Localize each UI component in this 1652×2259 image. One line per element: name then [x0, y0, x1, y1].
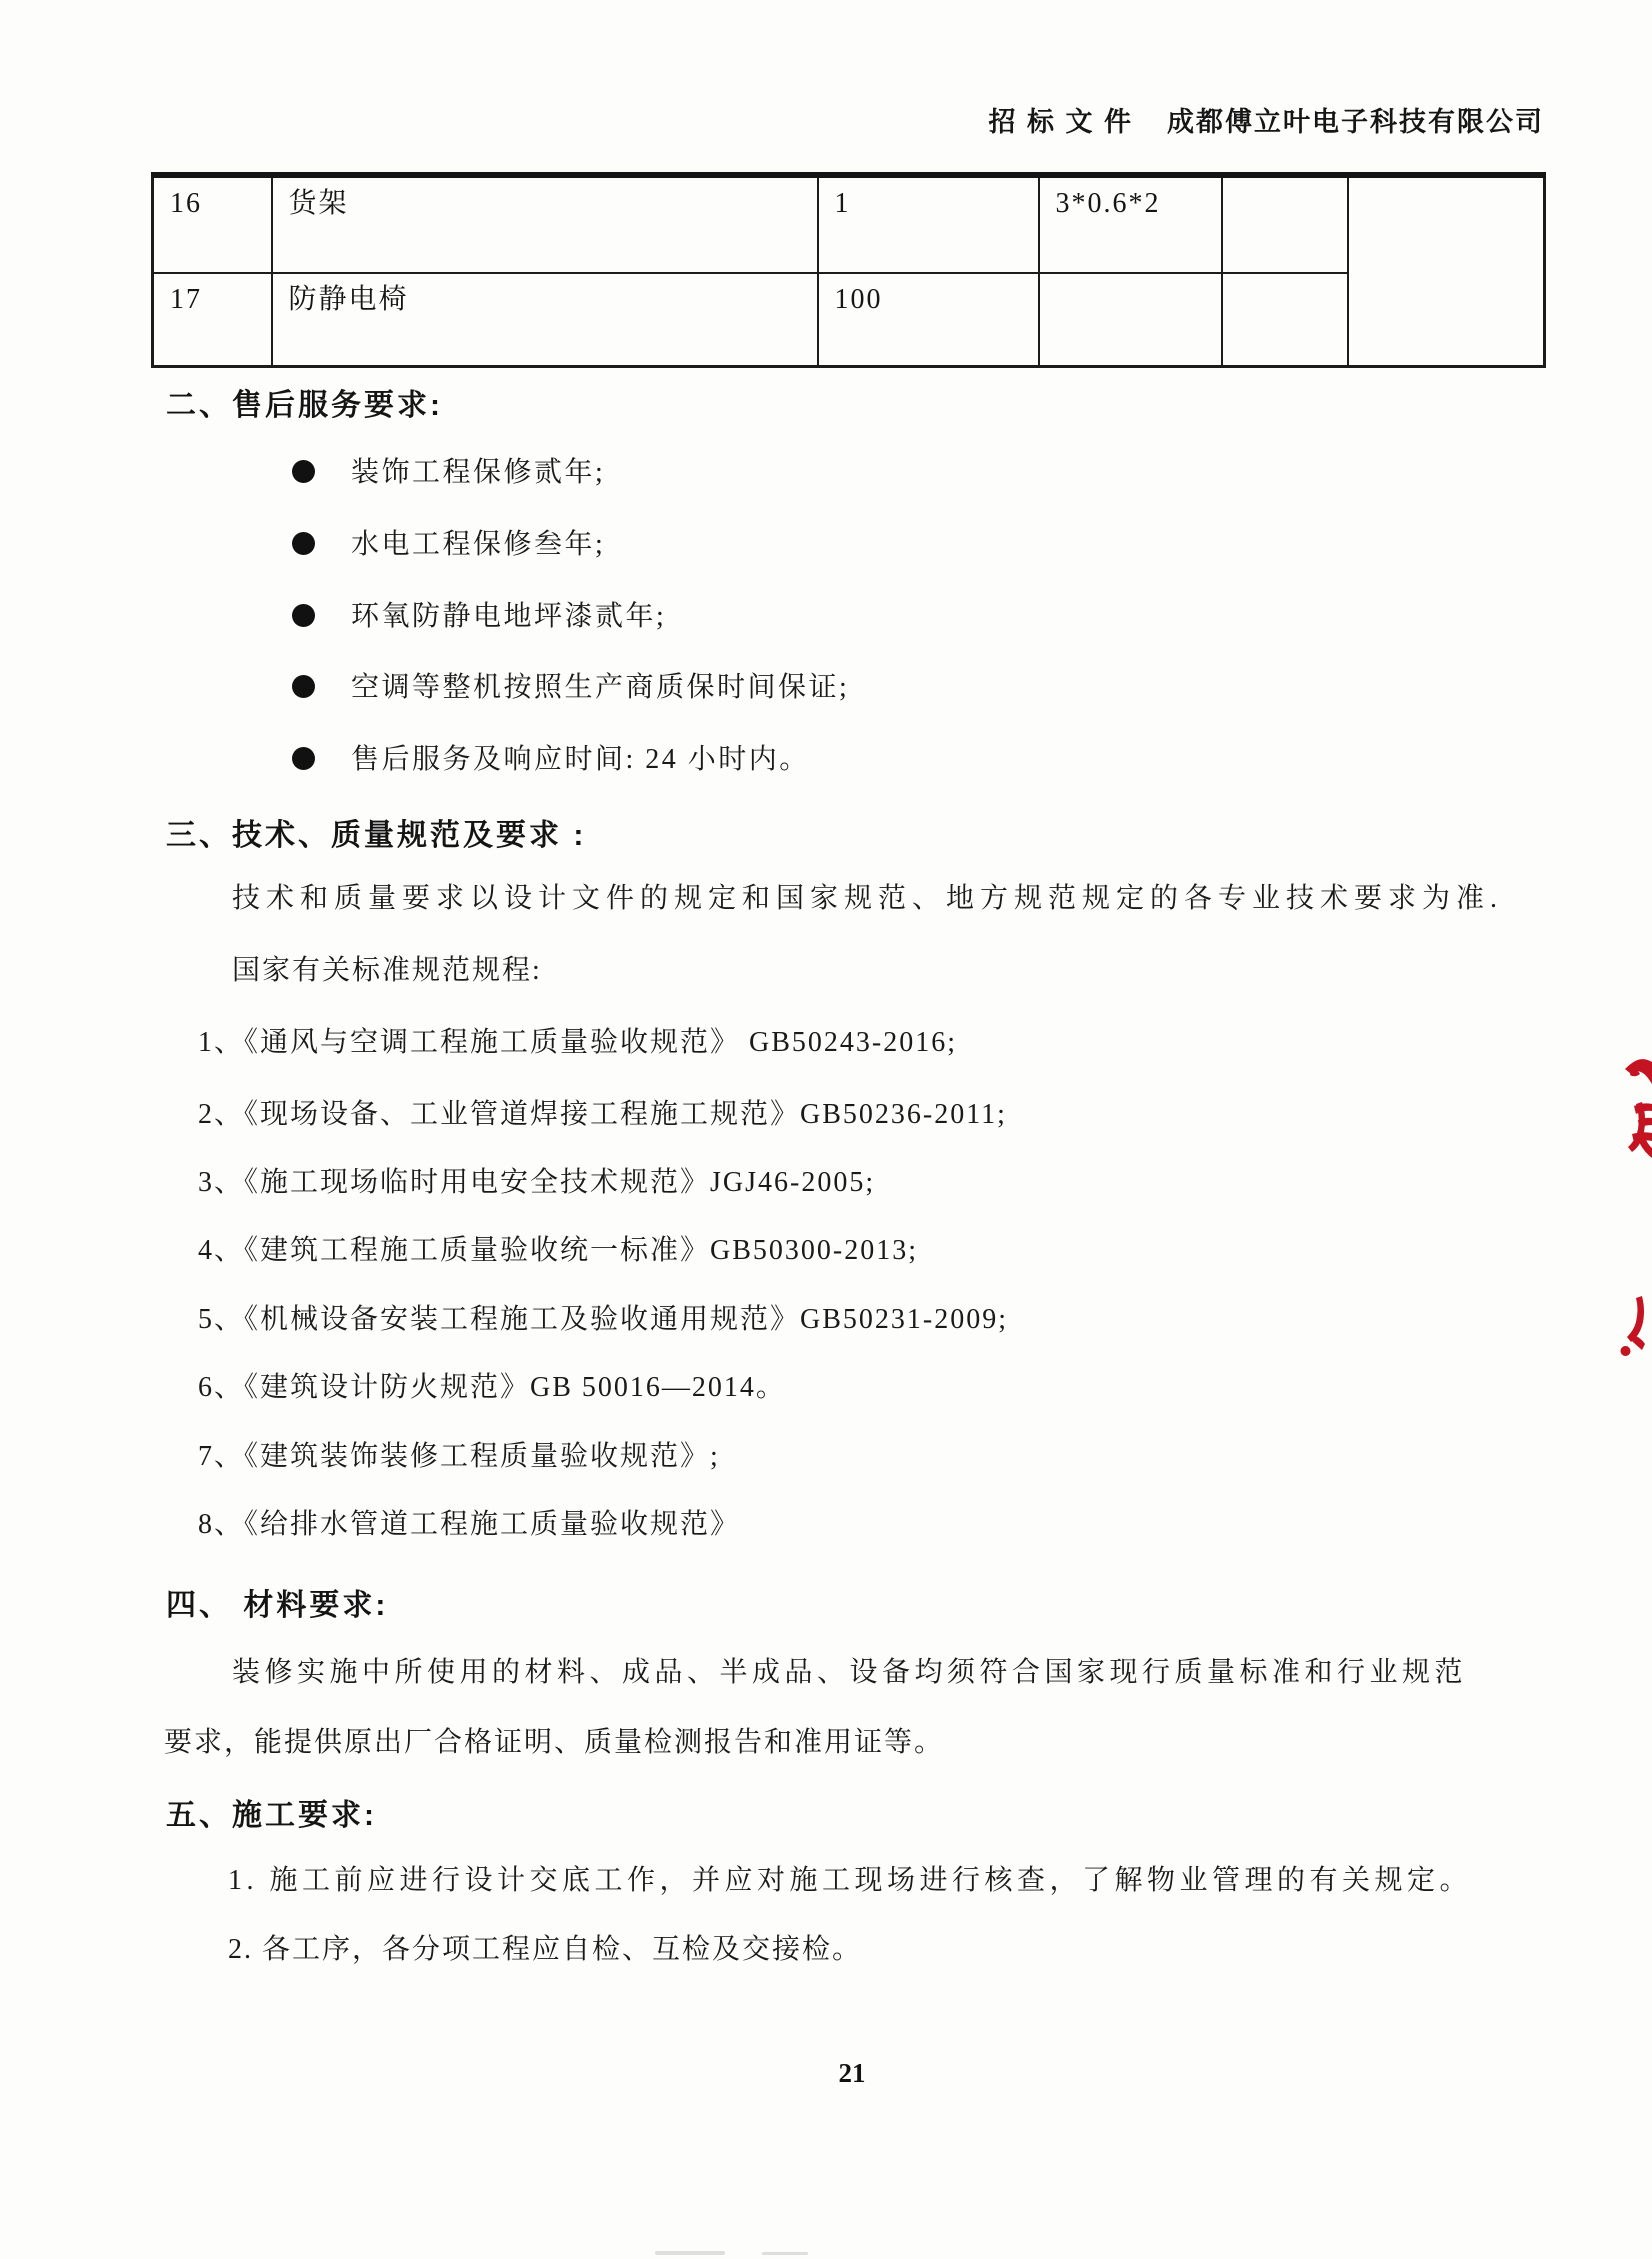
cell-merged: [1348, 175, 1545, 367]
construction-item: 1. 施工前应进行设计交底工作，并应对施工现场进行核查，了解物业管理的有关规定。: [228, 1858, 1472, 1898]
cell-empty: [1222, 273, 1348, 367]
bullet-item: 空调等整机按照生产商质保时间保证;: [292, 665, 849, 705]
table-row: 17 防静电椅 100: [153, 273, 1545, 367]
company-name: 成都傅立叶电子科技有限公司: [1167, 100, 1544, 139]
standard-item: 4、《建筑工程施工质量验收统一标准》GB50300-2013;: [198, 1228, 918, 1268]
section-heading-after-sale: 二、售后服务要求:: [166, 380, 443, 424]
cell-qty: 100: [818, 273, 1039, 367]
section-heading-tech: 三、技术、质量规范及要求 :: [166, 810, 586, 854]
construction-item: 2. 各工序，各分项工程应自检、互检及交接检。: [228, 1927, 862, 1967]
cell-no: 16: [153, 175, 272, 273]
standard-item: 3、《施工现场临时用电安全技术规范》JGJ46-2005;: [198, 1160, 875, 1200]
cell-no: 17: [153, 273, 272, 367]
bullet-item: 装饰工程保修贰年;: [292, 450, 605, 490]
bullet-label: 环氧防静电地坪漆贰年;: [351, 594, 666, 634]
bullet-icon: [292, 460, 315, 483]
standard-item: 8、《给排水管道工程施工质量验收规范》: [198, 1502, 740, 1542]
cell-qty: 1: [818, 175, 1039, 273]
standard-item: 2、《现场设备、工业管道焊接工程施工规范》GB50236-2011;: [198, 1092, 1007, 1132]
standard-item: 5、《机械设备安装工程施工及验收通用规范》GB50231-2009;: [198, 1297, 1008, 1337]
standard-item: 1、《通风与空调工程施工质量验收规范》 GB50243-2016;: [198, 1020, 957, 1060]
bullet-icon: [292, 604, 315, 627]
doc-type-label: 招 标 文 件: [988, 100, 1133, 139]
scan-artifact: [762, 2252, 808, 2255]
standard-item: 7、《建筑装饰装修工程质量验收规范》;: [198, 1434, 720, 1474]
bullet-label: 空调等整机按照生产商质保时间保证;: [351, 665, 849, 705]
bullet-label: 售后服务及响应时间: 24 小时内。: [351, 737, 810, 777]
spec-table: 16 货架 1 3*0.6*2 17 防静电椅 100: [151, 172, 1546, 368]
table-row: 16 货架 1 3*0.6*2: [153, 175, 1545, 273]
paragraph-material-line2: 要求，能提供原出厂合格证明、质量检测报告和准用证等。: [164, 1720, 944, 1760]
bullet-item: 水电工程保修叁年;: [292, 522, 605, 562]
cell-name: 货架: [272, 175, 818, 273]
cell-empty: [1222, 175, 1348, 273]
bullet-icon: [292, 532, 315, 555]
section-heading-material: 四、 材料要求:: [166, 1580, 388, 1624]
paragraph-material-line1: 装修实施中所使用的材料、成品、半成品、设备均须符合国家现行质量标准和行业规范: [232, 1650, 1467, 1690]
bullet-icon: [292, 747, 315, 770]
bullet-item: 售后服务及响应时间: 24 小时内。: [292, 737, 810, 777]
scanned-document-page: 招 标 文 件 成都傅立叶电子科技有限公司 16 货架 1 3*0.6*2 17…: [0, 0, 1652, 2259]
cell-size: [1039, 273, 1222, 367]
page-number: 21: [52, 2058, 1652, 2089]
section-heading-construction: 五、施工要求:: [166, 1790, 377, 1834]
bullet-label: 装饰工程保修贰年;: [351, 450, 605, 490]
paragraph-tech-intro: 技术和质量要求以设计文件的规定和国家规范、地方规范规定的各专业技术要求为准.: [232, 876, 1503, 916]
red-ink-mark: [1598, 1040, 1652, 1360]
standard-item: 6、《建筑设计防火规范》GB 50016—2014。: [198, 1365, 786, 1405]
cell-size: 3*0.6*2: [1039, 175, 1222, 273]
bullet-item: 环氧防静电地坪漆贰年;: [292, 594, 666, 634]
bullet-icon: [292, 675, 315, 698]
paragraph-standards-subtitle: 国家有关标准规范规程:: [232, 948, 542, 988]
scan-artifact: [655, 2251, 725, 2255]
bullet-label: 水电工程保修叁年;: [351, 522, 605, 562]
page-header: 招 标 文 件 成都傅立叶电子科技有限公司: [988, 100, 1544, 139]
cell-name: 防静电椅: [272, 273, 818, 367]
